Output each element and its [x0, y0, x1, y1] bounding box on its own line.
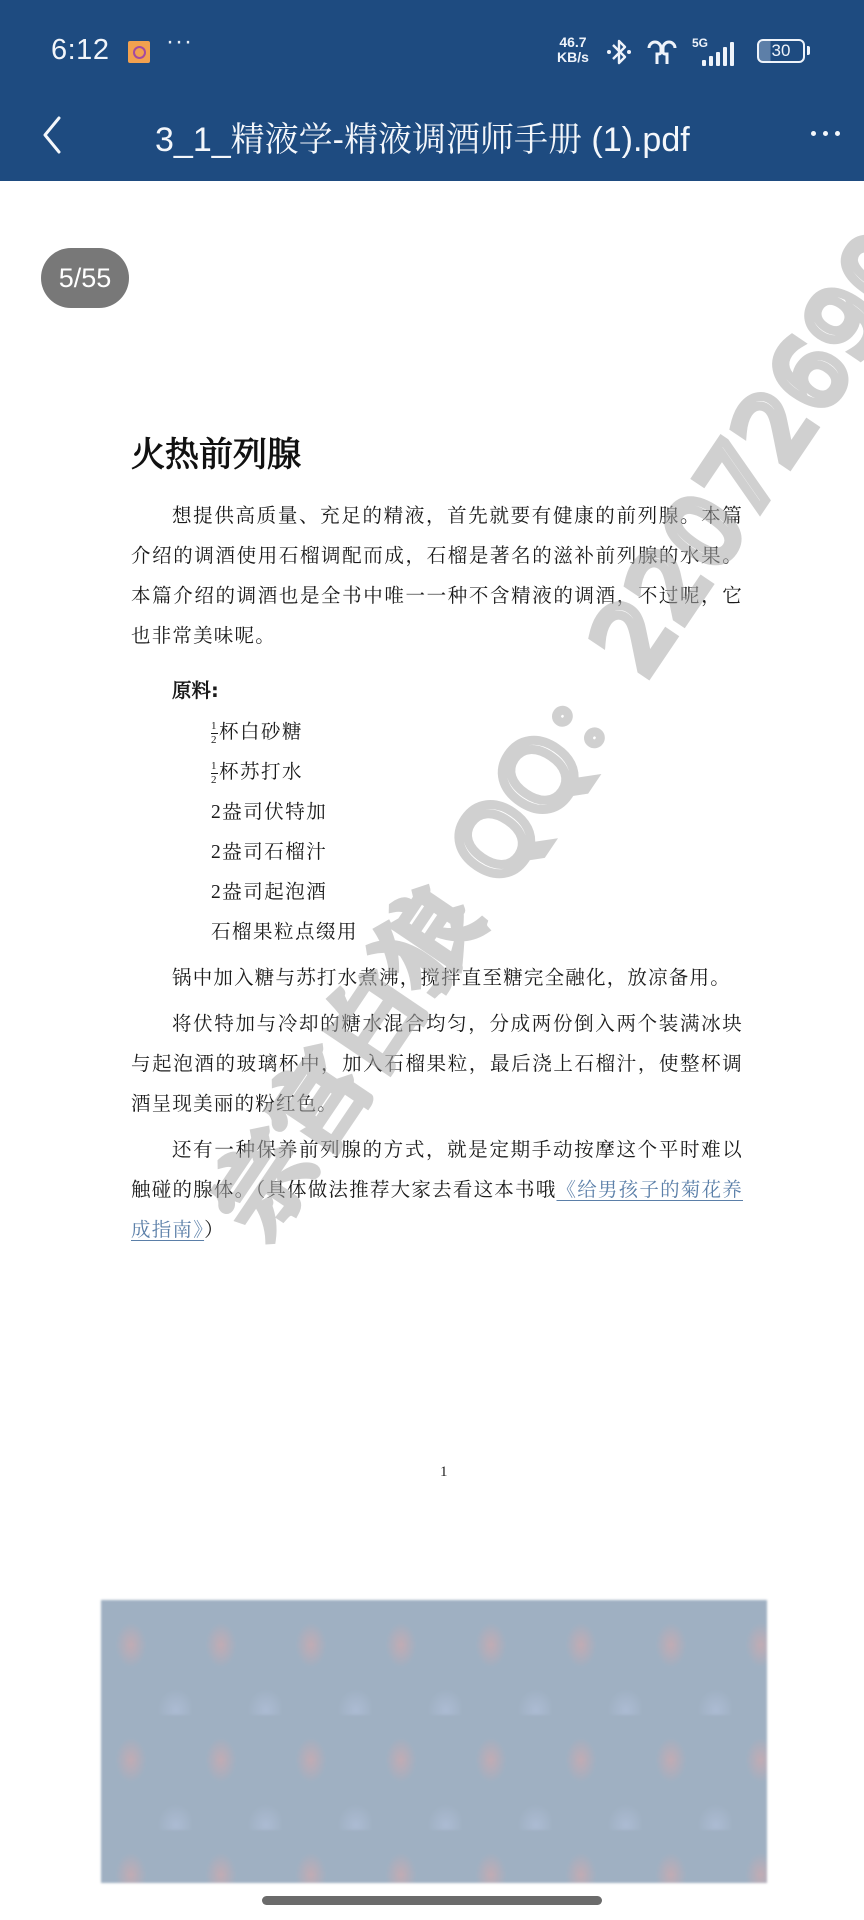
network-speed-unit: KB/s: [557, 50, 589, 65]
status-time: 6:12: [51, 34, 109, 67]
network-speed: 46.7 KB/s: [557, 35, 589, 65]
ingredient-item: 12 杯苏打水: [211, 753, 743, 793]
network-speed-value: 46.7: [557, 35, 589, 50]
pdf-page[interactable]: 火热前列腺 想提供高质量、充足的精液，首先就要有健康的前列腺。本篇介绍的调酒使用…: [0, 181, 864, 1581]
ingredient-item: 2盎司伏特加: [211, 793, 743, 833]
fraction: 12: [211, 721, 218, 746]
page-heading: 火热前列腺: [131, 433, 743, 477]
more-horizontal-icon: [807, 131, 843, 136]
page-number: 1: [440, 1464, 448, 1481]
ingredient-item: 2盎司起泡酒: [211, 873, 743, 913]
battery-icon: 30: [757, 39, 805, 63]
step-paragraph: 锅中加入糖与苏打水煮沸，搅拌直至糖完全融化，放凉备用。: [131, 959, 743, 999]
earbuds-icon: [645, 38, 679, 66]
step-paragraph: 将伏特加与冷却的糖水混合均匀，分成两份倒入两个装满冰块与起泡酒的玻璃杯中，加入石…: [131, 1005, 743, 1125]
ingredient-item: 12 杯白砂糖: [211, 713, 743, 753]
back-button[interactable]: [30, 110, 74, 160]
next-page-preview[interactable]: [101, 1600, 767, 1883]
status-bar: 6:12 ··· 46.7 KB/s 5G 30: [0, 28, 864, 80]
ingredient-list: 12 杯白砂糖 12 杯苏打水 2盎司伏特加 2盎司石榴汁 2盎司起泡酒 石榴果…: [131, 713, 743, 953]
notification-app-icon: [128, 41, 150, 63]
page-indicator: 5/55: [41, 248, 129, 308]
battery-tip: [807, 46, 810, 55]
ingredient-item: 2盎司石榴汁: [211, 833, 743, 873]
battery-level: 30: [772, 41, 791, 60]
bluetooth-icon: [606, 37, 632, 67]
ingredients-label: 原料:: [172, 669, 743, 713]
pdf-text-content: 火热前列腺 想提供高质量、充足的精液，首先就要有健康的前列腺。本篇介绍的调酒使用…: [131, 433, 743, 1251]
fraction: 12: [211, 761, 218, 786]
more-notifications-icon: ···: [166, 28, 193, 56]
chevron-left-icon: [41, 115, 63, 155]
signal-icon: 5G: [692, 36, 744, 66]
intro-paragraph: 想提供高质量、充足的精液，首先就要有健康的前列腺。本篇介绍的调酒使用石榴调配而成…: [131, 497, 743, 657]
document-title: 3_1_精液学-精液调酒师手册 (1).pdf: [155, 112, 690, 161]
more-options-button[interactable]: [800, 108, 850, 158]
extra-paragraph: 还有一种保养前列腺的方式，就是定期手动按摩这个平时难以触碰的腺体。（具体做法推荐…: [131, 1131, 743, 1251]
ingredient-item: 石榴果粒点缀用: [211, 913, 743, 953]
app-header: 6:12 ··· 46.7 KB/s 5G 30: [0, 0, 864, 181]
nav-bar: 3_1_精液学-精液调酒师手册 (1).pdf: [0, 100, 864, 170]
home-indicator[interactable]: [262, 1896, 602, 1905]
